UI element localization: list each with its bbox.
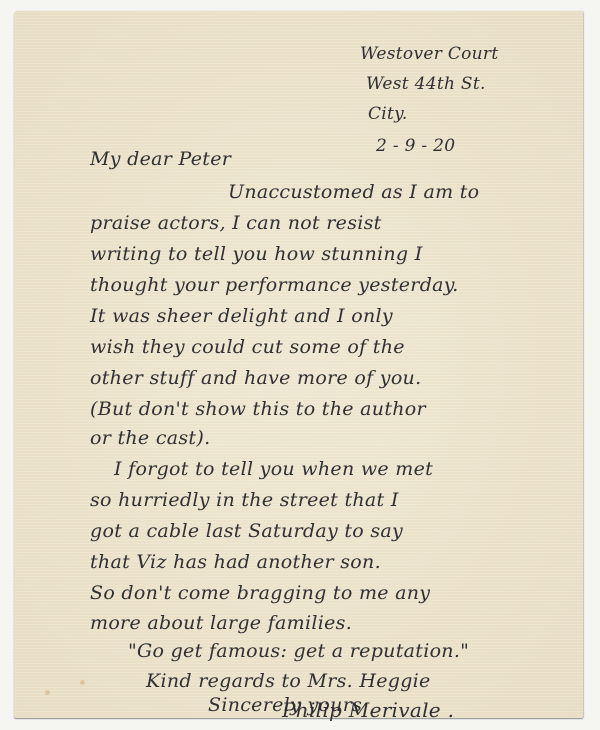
body-line: Unaccustomed as I am to (228, 181, 479, 203)
salutation: My dear Peter (90, 148, 231, 170)
body-line: wish they could cut some of the (90, 336, 405, 358)
body-line: (But don't show this to the author (90, 398, 426, 420)
address-line-1: Westover Court (360, 44, 498, 64)
paper-stain (45, 690, 50, 695)
body-line: or the cast). (90, 427, 210, 449)
body-line: so hurriedly in the street that I (90, 489, 399, 511)
paper-stain (80, 680, 85, 685)
address-line-2: West 44th St. (366, 74, 486, 94)
body-line: other stuff and have more of you. (90, 367, 421, 389)
body-line: "Go get famous: get a reputation." (128, 640, 469, 662)
body-line: that Viz has had another son. (90, 551, 381, 573)
body-line: I forgot to tell you when we met (114, 458, 433, 480)
body-line: got a cable last Saturday to say (90, 520, 403, 542)
body-line: It was sheer delight and I only (90, 305, 393, 327)
signature: Philip Merivale . (282, 698, 454, 722)
address-line-3: City. (368, 104, 408, 124)
letter-date: 2 - 9 - 20 (376, 136, 455, 156)
body-line: praise actors, I can not resist (90, 212, 382, 234)
body-line: writing to tell you how stunning I (90, 243, 423, 265)
body-line: So don't come bragging to me any (90, 582, 430, 604)
body-line: thought your performance yesterday. (90, 274, 459, 296)
body-line: more about large families. (90, 612, 352, 634)
closing-regards: Kind regards to Mrs. Heggie (146, 670, 431, 692)
